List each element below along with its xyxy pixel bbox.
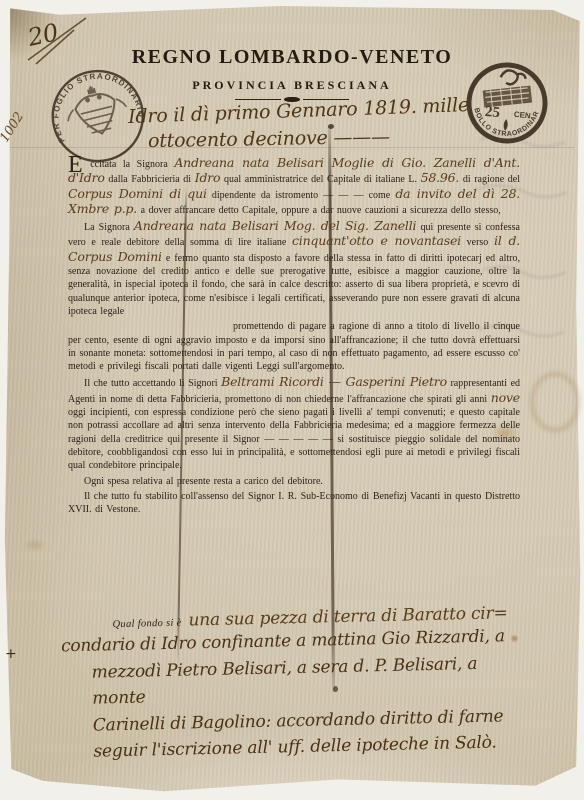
handwritten-text: nove — [491, 390, 520, 405]
printed-text: La Signora — [84, 222, 130, 233]
stamp-value: 25 — [484, 104, 501, 121]
document-title: REGNO LOMBARDO-VENETO — [0, 46, 584, 69]
handwritten-cross-mark: + — [5, 646, 17, 662]
handwritten-text: Beltrami Ricordi — Gasperini Pietro — [221, 374, 447, 389]
document-subtitle: PROVINCIA BRESCIANA — [0, 78, 584, 93]
scanned-document: 20 1002 + PER FOGLIO STRAORDINARIO — [0, 0, 584, 800]
paper-stain — [24, 538, 46, 552]
printed-text: dipendente da istromento — — — come — [212, 190, 390, 201]
handwritten-lines: condario di Idro confinante a mattina Gi… — [61, 623, 536, 766]
handwritten-text: Idro — [195, 170, 221, 185]
printed-text: a dover affrancare detto Capitale, oppur… — [141, 205, 501, 216]
document-paragraph: La Signora Andreana nata Belisari Mog. d… — [68, 219, 520, 318]
printed-text: qual amministratrice del Capitale di ita… — [224, 174, 417, 185]
document-paragraph: Ogni spesa relativa al presente resta a … — [68, 475, 520, 488]
printed-text: Il che tutto fu stabilito coll'assenso d… — [68, 491, 520, 515]
handwritten-text: 58.96. — [421, 170, 460, 185]
printed-text: Ogni spesa relativa al presente resta a … — [84, 476, 323, 487]
handwritten-text: Corpus Domini di qui — [68, 186, 207, 201]
document-paragraph: E ccitata la Signora Andreana nata Belis… — [68, 156, 520, 217]
printed-text: ccitata la Signora — [90, 159, 168, 170]
printed-text: dalla Fabbricieria di — [108, 174, 191, 185]
handwritten-date-line2: ottocento decinove ——— — [148, 126, 390, 152]
document-paragraph: promettendo di pagare a ragione di anno … — [68, 320, 520, 373]
document-paragraph: Il che tutto accettando li Signori Beltr… — [68, 375, 520, 472]
document-body: E ccitata la Signora Andreana nata Belis… — [68, 156, 520, 518]
leaf-ornament-icon — [503, 119, 508, 131]
printed-text: verso — [467, 237, 489, 248]
handwritten-text: Andreana nata Belisari Mog. del Sig. Zan… — [134, 218, 416, 233]
printed-text: di ragione del — [463, 174, 520, 185]
printed-text: Il che tutto accettando li Signori — [84, 378, 218, 389]
handwritten-property-note: Qual fondo si èuna sua pezza di terra di… — [60, 603, 535, 766]
printed-text: oggi incipienti, con espressa condizione… — [68, 407, 520, 471]
document-paragraph: Il che tutto fu stabilito coll'assenso d… — [68, 490, 520, 517]
handwritten-text: cinquant'otto e novantasei — [292, 233, 461, 248]
printed-text: promettendo di pagare a ragione di anno … — [68, 321, 520, 372]
bleedthrough-stamp-ghost — [530, 372, 580, 432]
printed-lead-text: Qual fondo si è — [112, 618, 181, 631]
